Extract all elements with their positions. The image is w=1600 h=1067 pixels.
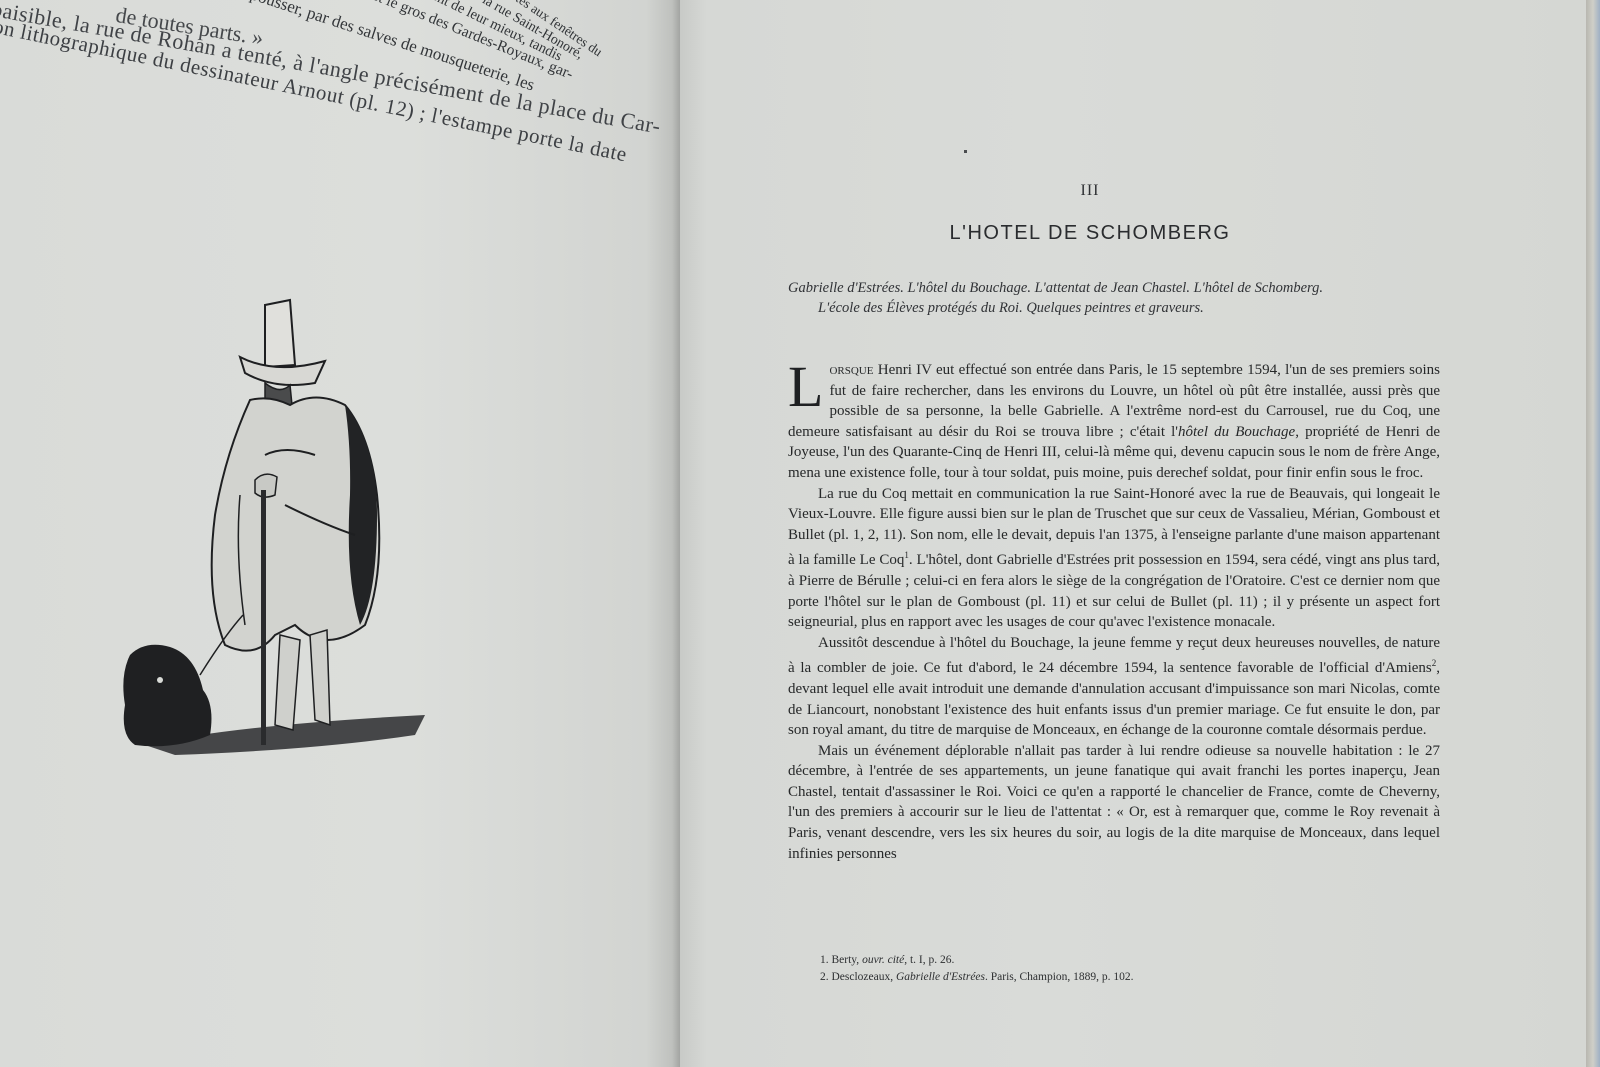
paragraph-4: Mais un événement déplorable n'allait pa… [788, 741, 1440, 865]
chapter-title: L'HOTEL DE SCHOMBERG [930, 222, 1250, 245]
engraving-illustration [115, 295, 435, 765]
chapter-body: Lorsque Henri IV eut effectué son entrée… [788, 360, 1440, 864]
footnotes: 1. Berty, ouvr. cité, t. I, p. 26. 2. De… [820, 952, 1320, 986]
page-edge [1586, 0, 1600, 1067]
footnote-text: . Paris, Champion, 1889, p. 102. [985, 971, 1134, 983]
page-mark [964, 150, 967, 153]
footnote-italic: Gabrielle d'Estrées [896, 971, 985, 983]
footnote-italic: ouvr. cité [862, 954, 904, 966]
smallcaps-opening: orsque [829, 362, 873, 378]
footnote-text: 2. Desclozeaux, [820, 971, 896, 983]
paragraph-1: Lorsque Henri IV eut effectué son entrée… [788, 360, 1440, 484]
summary-line-2: L'école des Élèves protégés du Roi. Quel… [788, 298, 1428, 318]
left-page: de toutes parts. » paisible, la rue de R… [0, 0, 680, 1067]
footnote-1: 1. Berty, ouvr. cité, t. I, p. 26. [820, 952, 1320, 969]
chapter-number: III [1070, 182, 1110, 200]
paragraph-3: Aussitôt descendue à l'hôtel du Bouchage… [788, 633, 1440, 741]
footnote-text: 1. Berty, [820, 954, 862, 966]
italic-text: hôtel du Bouchage [1178, 424, 1295, 440]
paragraph-text: Aussitôt descendue à l'hôtel du Bouchage… [788, 635, 1440, 677]
footnote-2: 2. Desclozeaux, Gabrielle d'Estrées. Par… [820, 969, 1320, 986]
summary-line-1: Gabrielle d'Estrées. L'hôtel du Bouchage… [788, 280, 1323, 296]
footnote-text: , t. I, p. 26. [904, 954, 954, 966]
paragraph-2: La rue du Coq mettait en communication l… [788, 484, 1440, 633]
book-spread: de toutes parts. » paisible, la rue de R… [0, 0, 1600, 1067]
drop-cap: L [788, 364, 823, 410]
paragraph-text: Mais un événement déplorable n'allait pa… [788, 743, 1440, 862]
chapter-summary: Gabrielle d'Estrées. L'hôtel du Bouchage… [788, 278, 1428, 318]
